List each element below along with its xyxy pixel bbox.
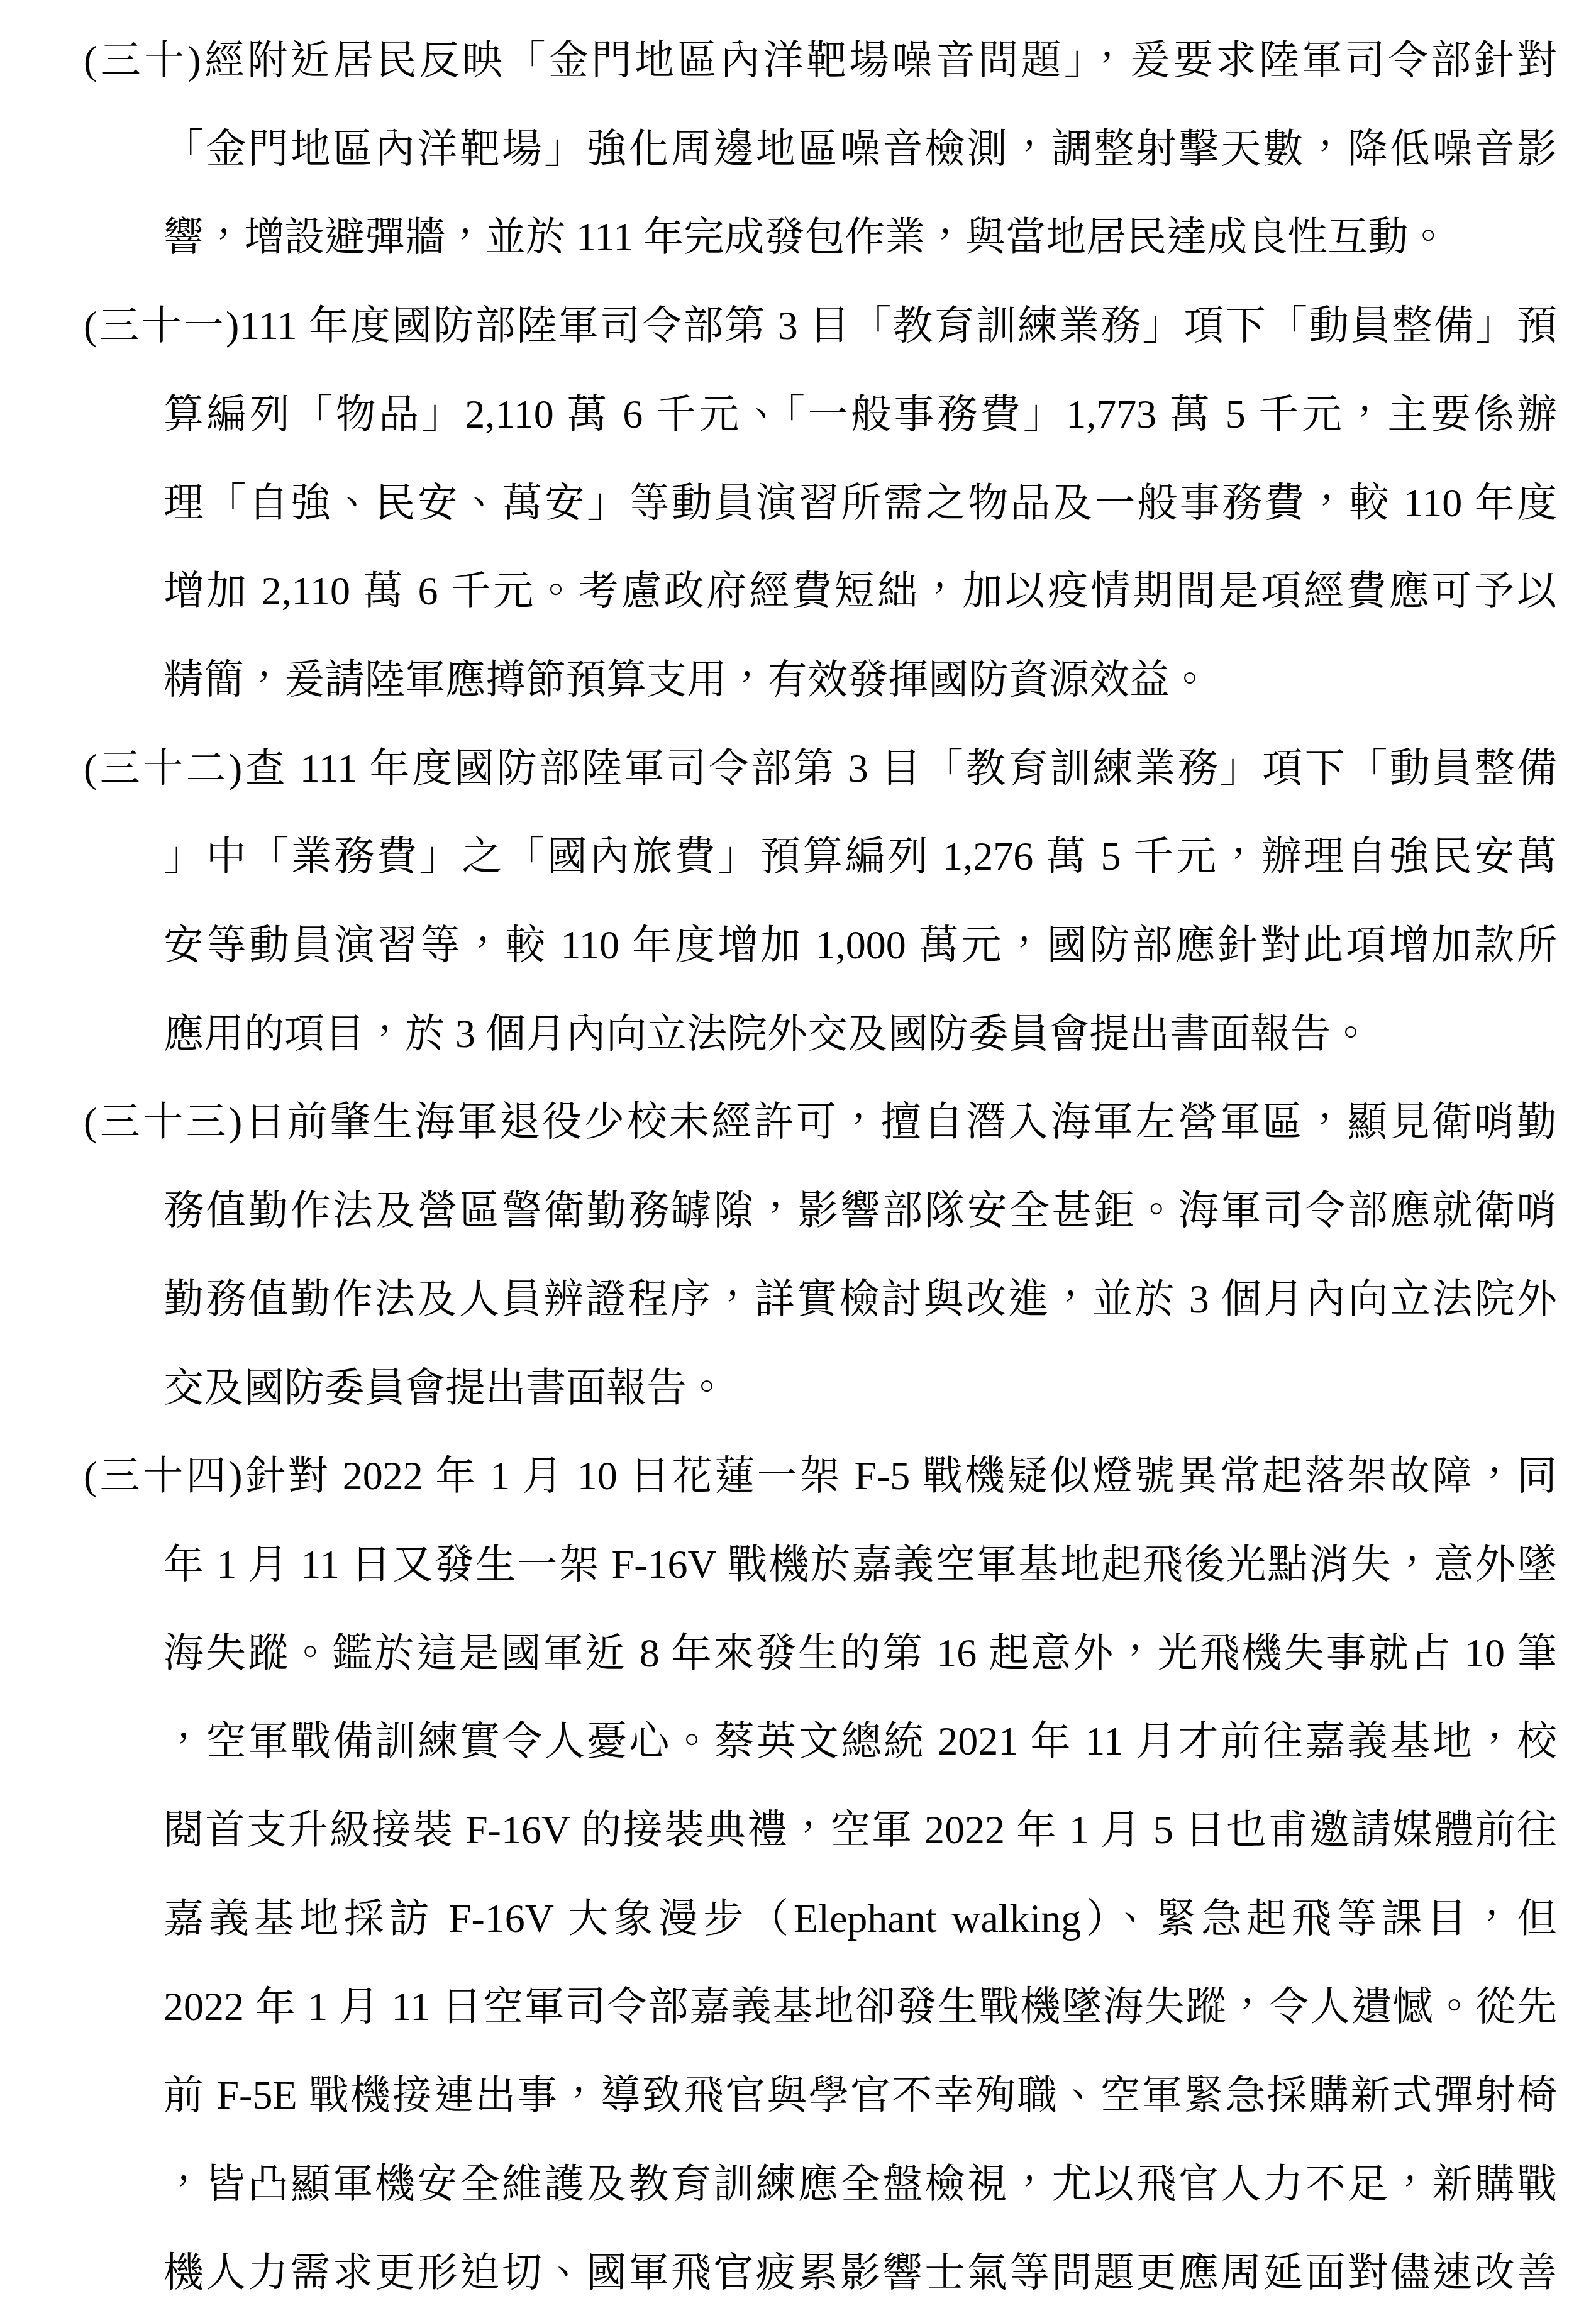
line-text: 經附近居民反映「金門地區內洋靶場噪音問題」，爰要求陸軍司令部針對 (202, 38, 1557, 82)
line-text: 海失蹤。鑑於這是國軍近 8 年來發生的第 16 起意外，光飛機失事就占 10 筆 (84, 1609, 1557, 1698)
line-text: 2022 年 1 月 11 日空軍司令部嘉義基地卻發生戰機墜海失蹤，令人遺憾。從… (84, 1963, 1557, 2051)
paragraph-30: (三十)經附近居民反映「金門地區內洋靶場噪音問題」，爰要求陸軍司令部針對 「金門… (84, 16, 1557, 282)
item-number: (三十) (84, 38, 202, 82)
line-text: 勤務值勤作法及人員辨證程序，詳實檢討與改進，並於 3 個月內向立法院外 (84, 1255, 1557, 1344)
line-text: 安等動員演習等，較 110 年度增加 1,000 萬元，國防部應針對此項增加款所 (84, 901, 1557, 990)
line-text: 務值勤作法及營區警衛勤務罅隙，影響部隊安全甚鉅。海軍司令部應就衛哨 (84, 1167, 1557, 1255)
line-text: 閱首支升級接裝 F-16V 的接裝典禮，空軍 2022 年 1 月 5 日也甫邀… (84, 1786, 1557, 1875)
line-text: 年 1 月 11 日又發生一架 F-16V 戰機於嘉義空軍基地起飛後光點消失，意… (84, 1521, 1557, 1609)
line-text: 111 年度國防部陸軍司令部第 3 目「教育訓練業務」項下「動員整備」預 (240, 303, 1557, 348)
line-text: 算編列「物品」2,110 萬 6 千元、「一般事務費」1,773 萬 5 千元，… (84, 370, 1557, 459)
line-text: 」中「業務費」之「國內旅費」預算編列 1,276 萬 5 千元，辦理自強民安萬 (84, 812, 1557, 901)
paragraph-first-line: (三十一)111 年度國防部陸軍司令部第 3 目「教育訓練業務」項下「動員整備」… (84, 282, 1557, 370)
item-number: (三十一) (84, 303, 240, 348)
line-text: ，皆凸顯軍機安全維護及教育訓練應全盤檢視，尤以飛官人力不足，新購戰 (84, 2140, 1557, 2229)
line-text: 增加 2,110 萬 6 千元。考慮政府經費短絀，加以疫情期間是項經費應可予以 (84, 547, 1557, 636)
paragraph-first-line: (三十)經附近居民反映「金門地區內洋靶場噪音問題」，爰要求陸軍司令部針對 (84, 16, 1557, 105)
line-text: 查 111 年度國防部陸軍司令部第 3 目「教育訓練業務」項下「動員整備 (243, 746, 1557, 790)
line-text: 響，增設避彈牆，並於 111 年完成發包作業，與當地居民達成良性互動。 (84, 193, 1557, 282)
line-text: 交及國防委員會提出書面報告。 (84, 1344, 1557, 1433)
line-text: 理「自強、民安、萬安」等動員演習所需之物品及一般事務費，較 110 年度 (84, 459, 1557, 548)
item-number: (三十二) (84, 746, 243, 790)
line-text: 日前肇生海軍退役少校未經許可，擅自潛入海軍左營軍區，顯見衛哨勤 (243, 1099, 1557, 1144)
paragraph-31: (三十一)111 年度國防部陸軍司令部第 3 目「教育訓練業務」項下「動員整備」… (84, 282, 1557, 724)
line-text: 應用的項目，於 3 個月內向立法院外交及國防委員會提出書面報告。 (84, 990, 1557, 1079)
paragraph-34: (三十四)針對 2022 年 1 月 10 日花蓮一架 F-5 戰機疑似燈號異常… (84, 1432, 1557, 2317)
paragraph-first-line: (三十二)查 111 年度國防部陸軍司令部第 3 目「教育訓練業務」項下「動員整… (84, 724, 1557, 813)
line-text: ，空軍戰備訓練實令人憂心。蔡英文總統 2021 年 11 月才前往嘉義基地，校 (84, 1697, 1557, 1786)
paragraph-32: (三十二)查 111 年度國防部陸軍司令部第 3 目「教育訓練業務」項下「動員整… (84, 724, 1557, 1079)
line-text: 前 F-5E 戰機接連出事，導致飛官與學官不幸殉職、空軍緊急採購新式彈射椅 (84, 2051, 1557, 2140)
line-text: 機人力需求更形迫切、國軍飛官疲累影響士氣等問題更應周延面對儘速改善 (84, 2229, 1557, 2317)
item-number: (三十三) (84, 1099, 243, 1144)
line-text: 嘉義基地採訪 F-16V 大象漫步（Elephant walking）、緊急起飛… (84, 1875, 1557, 1963)
line-text: 針對 2022 年 1 月 10 日花蓮一架 F-5 戰機疑似燈號異常起落架故障… (243, 1453, 1557, 1498)
document-page: (三十)經附近居民反映「金門地區內洋靶場噪音問題」，爰要求陸軍司令部針對 「金門… (0, 0, 1596, 2318)
paragraph-first-line: (三十四)針對 2022 年 1 月 10 日花蓮一架 F-5 戰機疑似燈號異常… (84, 1432, 1557, 1521)
line-text: 「金門地區內洋靶場」強化周邊地區噪音檢測，調整射擊天數，降低噪音影 (84, 105, 1557, 194)
line-text: 精簡，爰請陸軍應撙節預算支用，有效發揮國防資源效益。 (84, 636, 1557, 724)
item-number: (三十四) (84, 1453, 243, 1498)
paragraph-first-line: (三十三)日前肇生海軍退役少校未經許可，擅自潛入海軍左營軍區，顯見衛哨勤 (84, 1078, 1557, 1167)
paragraph-33: (三十三)日前肇生海軍退役少校未經許可，擅自潛入海軍左營軍區，顯見衛哨勤 務值勤… (84, 1078, 1557, 1432)
